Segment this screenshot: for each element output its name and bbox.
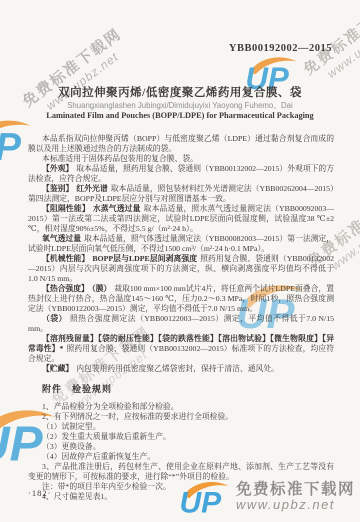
watermark-site-url: www.upbz.net bbox=[10, 24, 154, 138]
paragraph-text: 本品系指双向拉伸聚丙烯（BOPP）与低密度聚乙烯（LDPE）通过黏合剂复合而成的… bbox=[28, 134, 334, 153]
paragraph: 【外观】取本品适量，照药用复合膜、袋通则（YBB00132002—2015）外观… bbox=[28, 164, 334, 184]
paragraph-sublabel: 红外光谱 bbox=[76, 184, 107, 193]
paragraph-text: 照热合强度测定法（YBB00122003—2015）测定，平均值不得低于7.0 … bbox=[28, 314, 334, 333]
paragraph-sublabel: （膜） bbox=[92, 284, 112, 293]
appendix-item: （2）发生重大质量事故后重新生产。 bbox=[28, 432, 334, 442]
paragraph-sublabel: 氧气透过量 bbox=[42, 234, 81, 243]
paragraph-label: 【外观】 bbox=[42, 164, 73, 173]
paragraph: 【溶剂残留量】【袋的耐压性能】【袋的跌落性能】【溶出物试验】【微生物限度】【异常… bbox=[28, 334, 334, 364]
appendix-item: 1、产品检验分为全项检验和部分检验。 bbox=[28, 402, 334, 412]
paragraph-text: 本标准适用于固体药品包装用的复合膜、袋。 bbox=[42, 154, 198, 163]
paragraph-text: 取本品适量，照药用复合膜、袋通则（YBB00132002—2015）外观项下的方… bbox=[28, 164, 334, 183]
paragraph: 【热合强度】（膜）裁取100 mm×100 mm试片4片，将任意两个试片LDPE… bbox=[28, 284, 334, 314]
document-body: 本品系指双向拉伸聚丙烯（BOPP）与低密度聚乙烯（LDPE）通过黏合剂复合而成的… bbox=[28, 134, 334, 502]
paragraph: （袋）照热合强度测定法（YBB00122003—2015）测定，平均值不得低于7… bbox=[28, 314, 334, 334]
appendix-item: 注：带*的项目半年内至少检验一次。 bbox=[28, 482, 334, 492]
paragraph-label: 【热合强度】 bbox=[42, 284, 89, 293]
appendix-item: （1）试制定型。 bbox=[28, 422, 334, 432]
paragraph: 氧气透过量取本品适量，照气体透过量测定法（YBB00082003—2015）第一… bbox=[28, 234, 334, 254]
document-page: UP 免费标准下载网 www.upbz.net 免费标准下载网 www.upbz… bbox=[0, 0, 360, 522]
appendix-item: 4、尺寸偏差见表1。 bbox=[28, 492, 334, 502]
paragraph: 【阻隔性能】水蒸气透过量取本品适量，照水蒸气透过量测定法（YBB00092003… bbox=[28, 204, 334, 234]
title-chinese: 双向拉伸聚丙烯/低密度聚乙烯药用复合膜、袋 bbox=[0, 84, 360, 100]
paragraph-text: 内包装用药用低密度聚乙烯袋密封，保持于清洁、通风处。 bbox=[76, 364, 279, 373]
paragraph: 【机械性能】BOPP层与LDPE层间剥离强度照药用复合膜、袋通则（YBB0013… bbox=[28, 254, 334, 284]
title-pinyin: Shuangxianglashen Jubingxi/Dimidujuyixi … bbox=[0, 100, 360, 111]
appendix-item: （4）因故停产后重新恢复生产。 bbox=[28, 452, 334, 462]
title-english: Laminated Film and Pouches (BOPP/LDPE) f… bbox=[0, 111, 360, 120]
standard-number: YBB00192002—2015 bbox=[229, 43, 332, 54]
paragraph-sublabel: （袋） bbox=[42, 314, 67, 323]
paragraph: 本标准适用于固体药品包装用的复合膜、袋。 bbox=[28, 154, 334, 164]
appendix-item: （3）更换设备。 bbox=[28, 442, 334, 452]
paragraph-label: 【鉴别】 bbox=[42, 184, 73, 193]
appendix-item: 2、有下列情况之一时，应按标准的要求进行全项检验。 bbox=[28, 412, 334, 422]
paragraph: 【贮藏】内包装用药用低密度聚乙烯袋密封，保持于清洁、通风处。 bbox=[28, 364, 334, 374]
paragraph-label: 【贮藏】 bbox=[42, 364, 73, 373]
appendix-heading: 附件 检验规则 bbox=[42, 384, 334, 394]
appendix-item: 3、产品批准注册后，药包材生产、使用企业在原料产地、添加剂、生产工艺等没有变更的… bbox=[28, 462, 334, 482]
page-number: ·182· bbox=[28, 488, 51, 498]
paragraph-sublabel: 水蒸气透过量 bbox=[93, 204, 141, 213]
paragraph-label: 【阻隔性能】 bbox=[42, 204, 90, 213]
paragraph-text: 取本品适量，照包装材料红外光谱测定法（YBB00262004—2015）第四法测… bbox=[28, 184, 334, 203]
paragraph: 本品系指双向拉伸聚丙烯（BOPP）与低密度聚乙烯（LDPE）通过黏合剂复合而成的… bbox=[28, 134, 334, 154]
paragraph: 【鉴别】红外光谱取本品适量，照包装材料红外光谱测定法（YBB00262004—2… bbox=[28, 184, 334, 204]
paragraph-sublabel: BOPP层与LDPE层间剥离强度 bbox=[92, 254, 197, 263]
paragraph-text: 照药用复合膜、袋通则（YBB00132002—2015）标准项下的方法检查，均应… bbox=[28, 344, 334, 363]
paragraph-label: 【机械性能】 bbox=[42, 254, 89, 263]
